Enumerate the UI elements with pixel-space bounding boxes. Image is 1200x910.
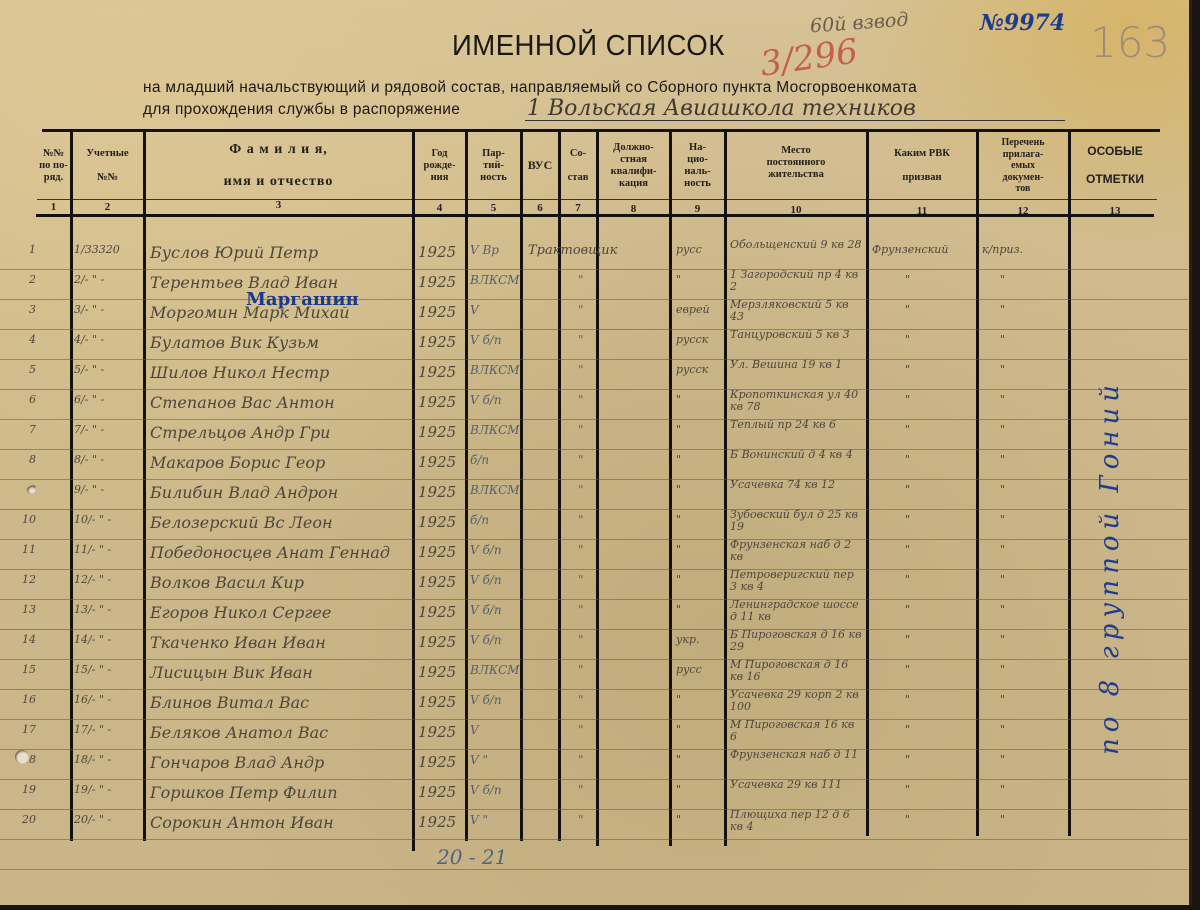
cell-year: 1925 <box>418 663 456 681</box>
cell-nat: " <box>676 603 681 616</box>
cell-name: Билибин Влад Андрон <box>150 483 338 502</box>
col-line <box>669 131 672 846</box>
cell-year: 1925 <box>418 633 456 651</box>
document-page: ИМЕННОЙ СПИСОК на младший начальствующий… <box>0 0 1192 905</box>
paper-hole <box>15 750 29 764</box>
cell-nat: " <box>676 783 681 796</box>
ruled-line <box>0 539 1188 540</box>
cell-nat: укр. <box>676 633 700 646</box>
cell-n: 3 <box>10 303 36 316</box>
cell-party: б/п <box>470 453 489 467</box>
cell-acc: 4/- " - <box>74 333 104 346</box>
ruled-line <box>0 359 1188 360</box>
cell-sostav: " <box>578 363 584 377</box>
cell-nat: русск <box>676 333 708 346</box>
cell-addr: Б Вонинский д 4 кв 4 <box>730 449 864 461</box>
cell-acc: 20/- " - <box>74 813 111 826</box>
cell-nat: " <box>676 813 681 826</box>
cell-sostav: " <box>578 513 584 527</box>
paper-hole <box>27 486 36 494</box>
cell-acc: 16/- " - <box>74 693 111 706</box>
cell-nat: еврей <box>676 303 710 316</box>
cell-name: Белозерский Вс Леон <box>150 513 333 532</box>
col-line <box>976 131 979 836</box>
red-number-note: 3/296 <box>758 31 861 84</box>
cell-rvk: " <box>905 513 910 526</box>
header-col-3: Ф а м и л и я, имя и отчество <box>145 138 412 194</box>
cell-year: 1925 <box>418 393 456 411</box>
cell-docs: " <box>1000 363 1005 376</box>
cell-docs: " <box>1000 783 1005 796</box>
cell-sostav: " <box>578 783 584 797</box>
cell-party: V б/п <box>470 573 502 587</box>
cell-year: 1925 <box>418 543 456 561</box>
cell-rvk: " <box>905 363 910 376</box>
cell-acc: 13/- " - <box>74 603 111 616</box>
cell-year: 1925 <box>418 723 456 741</box>
ruled-line <box>0 719 1188 720</box>
header-col-13: ОСОБЫЕ ОТМЕТКИ <box>1070 138 1160 194</box>
cell-n: 2 <box>10 273 36 286</box>
ruled-line <box>0 869 1188 870</box>
cell-docs: " <box>1000 273 1005 286</box>
cell-party: V б/п <box>470 603 502 617</box>
cell-name: Ткаченко Иван Иван <box>150 633 326 652</box>
cell-party: ВЛКСМ <box>470 273 520 287</box>
cell-docs: " <box>1000 333 1005 346</box>
cell-rvk: " <box>905 543 910 556</box>
cell-sostav: " <box>578 753 584 767</box>
cell-name: Егоров Никол Сергее <box>150 603 331 622</box>
cell-addr: Усачевка 29 корп 2 кв 100 <box>730 689 864 713</box>
cell-name: Шилов Никол Нестр <box>150 363 329 382</box>
cell-addr: Обольщенский 9 кв 28 <box>730 239 864 251</box>
cell-nat: " <box>676 453 681 466</box>
cell-docs: " <box>1000 513 1005 526</box>
cell-n: 17 <box>10 723 36 736</box>
cell-name: Победоносцев Анат Геннад <box>150 543 390 562</box>
cell-n: 15 <box>10 663 36 676</box>
cell-acc: 5/- " - <box>74 363 104 376</box>
cell-docs: " <box>1000 483 1005 496</box>
right-margin-note: по 8 группой Гоний <box>1095 235 1135 755</box>
cell-sostav: " <box>578 603 584 617</box>
cell-addr: Зубовский бул д 25 кв 19 <box>730 509 864 533</box>
cell-name: Степанов Вас Антон <box>150 393 335 412</box>
cell-sostav: " <box>578 543 584 557</box>
cell-rvk: " <box>905 753 910 766</box>
cell-party: V б/п <box>470 783 502 797</box>
cell-rvk: " <box>905 693 910 706</box>
cell-rvk: " <box>905 333 910 346</box>
cell-sostav: " <box>578 813 584 827</box>
cell-acc: 19/- " - <box>74 783 111 796</box>
cell-n: 7 <box>10 423 36 436</box>
cell-n: 12 <box>10 573 36 586</box>
cell-year: 1925 <box>418 453 456 471</box>
header-col-1: №№ по по- ряд. <box>37 138 70 194</box>
cell-docs: " <box>1000 603 1005 616</box>
header-col-11: Каким РВК призван <box>868 138 976 194</box>
cell-n: 1 <box>10 243 36 256</box>
cell-rvk: Фрунзенский <box>872 243 948 256</box>
cell-addr: Мерзляковский 5 кв 43 <box>730 299 864 323</box>
cell-rvk: " <box>905 273 910 286</box>
header-col-2: Учетные №№ <box>72 138 143 194</box>
cell-name: Волков Васил Кир <box>150 573 304 592</box>
header-num-1: 1 <box>37 201 70 213</box>
cell-docs: " <box>1000 573 1005 586</box>
cell-n: 13 <box>10 603 36 616</box>
cell-qual: Трактовщик <box>528 243 617 258</box>
cell-name: Стрельцов Андр Гри <box>150 423 330 442</box>
correction-note: Маргашин <box>246 289 359 310</box>
cell-docs: " <box>1000 453 1005 466</box>
cell-n: 16 <box>10 693 36 706</box>
cell-party: V б/п <box>470 693 502 707</box>
ruled-line <box>0 809 1188 810</box>
col-line <box>412 131 415 851</box>
cell-party: V б/п <box>470 543 502 557</box>
cell-acc: 8/- " - <box>74 453 104 466</box>
cell-year: 1925 <box>418 573 456 591</box>
cell-party: V б/п <box>470 633 502 647</box>
ruled-line <box>0 839 1188 840</box>
cell-rvk: " <box>905 303 910 316</box>
cell-party: V " <box>470 753 488 767</box>
cell-party: V б/п <box>470 333 502 347</box>
cell-nat: " <box>676 393 681 406</box>
cell-acc: 2/- " - <box>74 273 104 286</box>
header-num-12: 12 <box>978 205 1068 217</box>
cell-name: Блинов Витал Вас <box>150 693 309 712</box>
cell-rvk: " <box>905 663 910 676</box>
cell-addr: Ул. Вешина 19 кв 1 <box>730 359 864 371</box>
platoon-note: 60й взвод <box>809 9 909 38</box>
cell-addr: 1 Загородский пр 4 кв 2 <box>730 269 864 293</box>
cell-rvk: " <box>905 483 910 496</box>
col-line <box>558 131 561 841</box>
cell-addr: Танцуровский 5 кв 3 <box>730 329 864 341</box>
cell-nat: " <box>676 693 681 706</box>
cell-addr: М Пироговская д 16 кв 16 <box>730 659 864 683</box>
col-line <box>866 131 869 836</box>
cell-nat: " <box>676 723 681 736</box>
cell-party: ВЛКСМ <box>470 423 520 437</box>
col-line <box>596 131 599 846</box>
cell-addr: Усачевка 29 кв 111 <box>730 779 864 791</box>
cell-sostav: " <box>578 693 584 707</box>
cell-sostav: " <box>578 423 584 437</box>
cell-rvk: " <box>905 453 910 466</box>
cell-rvk: " <box>905 423 910 436</box>
cell-nat: " <box>676 483 681 496</box>
cell-docs: " <box>1000 393 1005 406</box>
cell-acc: 14/- " - <box>74 633 111 646</box>
cell-docs: " <box>1000 633 1005 646</box>
ruled-line <box>0 599 1188 600</box>
header-num-6: 6 <box>522 202 558 214</box>
cell-year: 1925 <box>418 693 456 711</box>
ruled-line <box>0 329 1188 330</box>
ruled-line <box>0 449 1188 450</box>
ruled-line <box>0 419 1188 420</box>
ruled-line <box>0 569 1188 570</box>
header-num-10: 10 <box>726 204 866 216</box>
cell-nat: " <box>676 513 681 526</box>
cell-acc: 9/- " - <box>74 483 104 496</box>
cell-addr: Фрунзенская наб д 11 <box>730 749 864 761</box>
cell-rvk: " <box>905 573 910 586</box>
ruled-line <box>0 749 1188 750</box>
cell-sostav: " <box>578 453 584 467</box>
header-col-9: На- цио- наль- ность <box>671 136 724 196</box>
ruled-line <box>0 479 1188 480</box>
cell-n: 19 <box>10 783 36 796</box>
cell-name: Беляков Анатол Вас <box>150 723 328 742</box>
cell-n: 11 <box>10 543 36 556</box>
cell-n: 10 <box>10 513 36 526</box>
ruled-line <box>0 389 1188 390</box>
header-col-4: Год рожде- ния <box>414 138 465 194</box>
header-num-4: 4 <box>414 202 465 214</box>
ruled-line <box>0 299 1188 300</box>
cell-year: 1925 <box>418 513 456 531</box>
cell-party: V б/п <box>470 393 502 407</box>
ruled-line <box>0 689 1188 690</box>
cell-addr: Усачевка 74 кв 12 <box>730 479 864 491</box>
cell-acc: 15/- " - <box>74 663 111 676</box>
cell-addr: Теплый пр 24 кв 6 <box>730 419 864 431</box>
cell-docs: " <box>1000 663 1005 676</box>
cell-addr: Б Пироговская д 16 кв 29 <box>730 629 864 653</box>
cell-n: 4 <box>10 333 36 346</box>
header-col-7: Со- став <box>560 138 596 194</box>
cell-party: V Вр <box>470 243 499 257</box>
cell-year: 1925 <box>418 273 456 291</box>
cell-n: 6 <box>10 393 36 406</box>
cell-year: 1925 <box>418 363 456 381</box>
cell-docs: " <box>1000 693 1005 706</box>
cell-docs: " <box>1000 753 1005 766</box>
cell-party: ВЛКСМ <box>470 663 520 677</box>
ruled-line <box>0 509 1188 510</box>
cell-sostav: " <box>578 483 584 497</box>
header-col-6: ВУС <box>522 138 558 194</box>
cell-sostav: " <box>578 723 584 737</box>
cell-acc: 12/- " - <box>74 573 111 586</box>
cell-docs: " <box>1000 423 1005 436</box>
cell-n: 14 <box>10 633 36 646</box>
header-num-13: 13 <box>1070 205 1160 217</box>
ruled-line <box>0 659 1188 660</box>
header-num-5: 5 <box>467 202 520 214</box>
cell-nat: " <box>676 543 681 556</box>
header-num-7: 7 <box>560 202 596 214</box>
cell-acc: 10/- " - <box>74 513 111 526</box>
cell-nat: русск <box>676 363 708 376</box>
cell-acc: 6/- " - <box>74 393 104 406</box>
footer-range-note: 20 - 21 <box>437 845 507 869</box>
ruled-line <box>0 269 1188 270</box>
cell-addr: Ленинградское шоссе д 11 кв <box>730 599 864 623</box>
cell-docs: " <box>1000 813 1005 826</box>
cell-year: 1925 <box>418 423 456 441</box>
cell-year: 1925 <box>418 783 456 801</box>
cell-acc: 3/- " - <box>74 303 104 316</box>
cell-name: Сорокин Антон Иван <box>150 813 334 832</box>
document-title: ИМЕННОЙ СПИСОК <box>452 30 725 63</box>
cell-acc: 7/- " - <box>74 423 104 436</box>
cell-addr: М Пироговская 16 кв 6 <box>730 719 864 743</box>
cell-nat: русс <box>676 243 702 256</box>
document-subtitle-line1: на младший начальствующий и рядовой сост… <box>143 79 917 97</box>
archive-number: №9974 <box>980 10 1065 36</box>
col-line <box>143 131 146 841</box>
header-col-8: Должно- стная квалифи- кация <box>598 136 669 196</box>
cell-docs: к/приз. <box>982 243 1023 256</box>
cell-sostav: " <box>578 663 584 677</box>
cell-sostav: " <box>578 273 584 287</box>
cell-sostav: " <box>578 633 584 647</box>
header-col-5: Пар- тий- ность <box>467 138 520 194</box>
cell-party: ВЛКСМ <box>470 483 520 497</box>
assignment-handwritten: 1 Вольская Авиашкола техников <box>527 96 916 121</box>
cell-year: 1925 <box>418 333 456 351</box>
cell-sostav: " <box>578 333 584 347</box>
cell-addr: Кропоткинская ул 40 кв 78 <box>730 389 864 413</box>
cell-year: 1925 <box>418 753 456 771</box>
cell-acc: 1/33320 <box>74 243 120 256</box>
cell-rvk: " <box>905 603 910 616</box>
header-num-11: 11 <box>868 205 976 217</box>
cell-acc: 11/- " - <box>74 543 111 556</box>
ruled-line <box>0 779 1188 780</box>
col-line <box>465 131 468 841</box>
cell-acc: 17/- " - <box>74 723 111 736</box>
cell-sostav: " <box>578 393 584 407</box>
cell-n: 8 <box>10 453 36 466</box>
cell-year: 1925 <box>418 483 456 501</box>
page-number: 163 <box>1090 18 1170 67</box>
cell-acc: 18/- " - <box>74 753 111 766</box>
header-num-3: 3 <box>145 199 412 211</box>
cell-name: Макаров Борис Геор <box>150 453 325 472</box>
cell-year: 1925 <box>418 603 456 621</box>
cell-nat: " <box>676 573 681 586</box>
cell-docs: " <box>1000 543 1005 556</box>
cell-nat: " <box>676 273 681 286</box>
cell-name: Буслов Юрий Петр <box>150 243 318 262</box>
cell-rvk: " <box>905 633 910 646</box>
cell-name: Булатов Вик Кузьм <box>150 333 319 352</box>
cell-year: 1925 <box>418 303 456 321</box>
cell-docs: " <box>1000 303 1005 316</box>
header-top-rule <box>42 129 1160 132</box>
header-num-2: 2 <box>72 201 143 213</box>
cell-party: б/п <box>470 513 489 527</box>
cell-party: V <box>470 303 479 317</box>
col-line <box>70 131 73 841</box>
cell-rvk: " <box>905 813 910 826</box>
cell-year: 1925 <box>418 243 456 261</box>
col-line <box>1068 131 1071 836</box>
cell-sostav: " <box>578 303 584 317</box>
header-col-12: Перечень прилага- емых докумен- тов <box>978 134 1068 198</box>
header-num-8: 8 <box>598 203 669 215</box>
cell-name: Горшков Петр Филип <box>150 783 338 802</box>
col-line <box>520 131 523 841</box>
document-subtitle-line2: для прохождения службы в распоряжение <box>143 101 460 119</box>
cell-n: 20 <box>10 813 36 826</box>
cell-nat: " <box>676 753 681 766</box>
cell-sostav: " <box>578 573 584 587</box>
cell-name: Гончаров Влад Андр <box>150 753 324 772</box>
header-num-9: 9 <box>671 203 724 215</box>
cell-rvk: " <box>905 783 910 796</box>
cell-docs: " <box>1000 723 1005 736</box>
cell-party: ВЛКСМ <box>470 363 520 377</box>
cell-name: Лисицын Вик Иван <box>150 663 313 682</box>
cell-nat: " <box>676 423 681 436</box>
cell-rvk: " <box>905 723 910 736</box>
cell-addr: Петроверигский пер 3 кв 4 <box>730 569 864 593</box>
cell-party: V " <box>470 813 488 827</box>
cell-addr: Плющиха пер 12 д 6 кв 4 <box>730 809 864 833</box>
cell-year: 1925 <box>418 813 456 831</box>
header-col-10: Место постоянного жительства <box>726 138 866 188</box>
cell-n: 5 <box>10 363 36 376</box>
ruled-line <box>0 629 1188 630</box>
cell-addr: Фрунзенская наб д 2 кв <box>730 539 864 563</box>
cell-party: V <box>470 723 479 737</box>
col-line <box>724 131 727 846</box>
cell-rvk: " <box>905 393 910 406</box>
cell-nat: русс <box>676 663 702 676</box>
